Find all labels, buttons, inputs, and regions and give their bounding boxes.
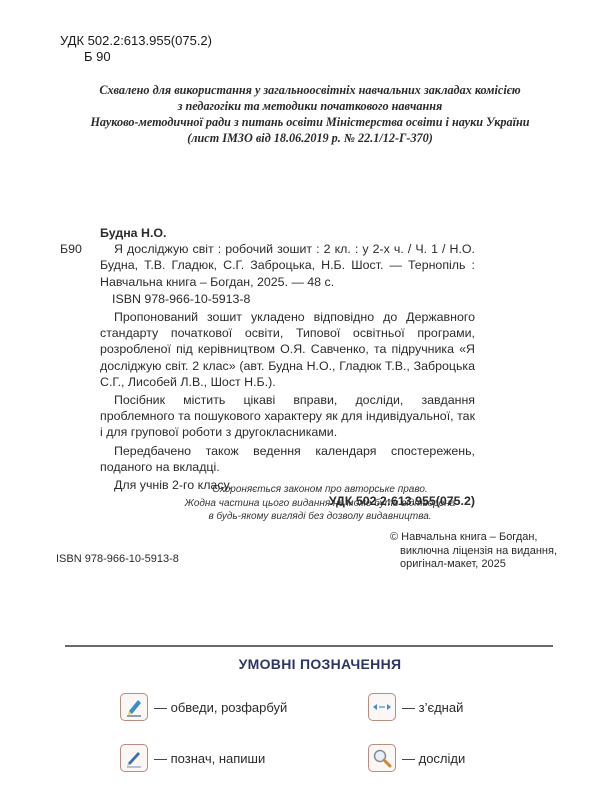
legend-label: — досліди xyxy=(402,751,465,766)
publisher-line: виключна ліцензія на видання, xyxy=(390,545,557,559)
copyright-line: в будь-якому вигляді без дозволу видавни… xyxy=(170,510,470,524)
copyright-line: Жодна частина цього видання не може бути… xyxy=(170,497,470,511)
copyright-line: Охороняється законом про авторське право… xyxy=(170,483,470,497)
record-text: Я досліджую світ : робочий зошит : 2 кл.… xyxy=(100,241,475,290)
catalog-code: Б90 xyxy=(60,241,100,290)
approval-line: (лист ІМЗО від 18.06.2019 р. № 22.1/12-Г… xyxy=(60,130,560,146)
approval-line: Науково-методичної ради з питань освіти … xyxy=(60,114,560,130)
publisher-info: © Навчальна книга – Богдан, виключна ліц… xyxy=(390,531,557,572)
publisher-line: оригінал-макет, 2025 xyxy=(390,558,557,572)
author-heading: Будна Н.О. xyxy=(60,225,475,241)
udk-header: УДК 502.2:613.955(075.2) Б 90 xyxy=(60,33,212,65)
legend-item-outline-color: — обведи, розфарбуй xyxy=(120,693,287,721)
legend-label: — з’єднай xyxy=(402,700,463,715)
isbn-bottom: ISBN 978-966-10-5913-8 xyxy=(56,553,179,565)
divider xyxy=(65,645,553,647)
approval-line: Схвалено для використання у загальноосві… xyxy=(60,82,560,98)
legend-title: УМОВНІ ПОЗНАЧЕННЯ xyxy=(100,656,540,672)
publisher-line: © Навчальна книга – Богдан, xyxy=(390,531,557,545)
legend-label: — познач, напиши xyxy=(154,751,265,766)
legend-item-mark-write: — познач, напиши xyxy=(120,744,265,772)
approval-statement: Схвалено для використання у загальноосві… xyxy=(60,82,560,146)
connect-arrows-icon xyxy=(368,693,396,721)
magnifier-icon xyxy=(368,744,396,772)
isbn: ISBN 978-966-10-5913-8 xyxy=(60,291,475,307)
annotation-paragraph: Посібник містить цікаві вправи, досліди,… xyxy=(60,392,475,441)
annotation-paragraph: Передбачено також ведення календаря спос… xyxy=(60,443,475,475)
pen-icon xyxy=(120,744,148,772)
copyright-notice: Охороняється законом про авторське право… xyxy=(170,483,470,524)
annotation-paragraph: Пропонований зошит укладено відповідно д… xyxy=(60,309,475,390)
bibliographic-record: Будна Н.О. Б90 Я досліджую світ : робочи… xyxy=(60,225,475,509)
classification-code: Б 90 xyxy=(60,49,212,65)
legend-item-explore: — досліди xyxy=(368,744,465,772)
approval-line: з педагогіки та методики початкового нав… xyxy=(60,98,560,114)
marker-icon xyxy=(120,693,148,721)
legend-item-connect: — з’єднай xyxy=(368,693,463,721)
legend-label: — обведи, розфарбуй xyxy=(154,700,287,715)
udk-code: УДК 502.2:613.955(075.2) xyxy=(60,33,212,49)
